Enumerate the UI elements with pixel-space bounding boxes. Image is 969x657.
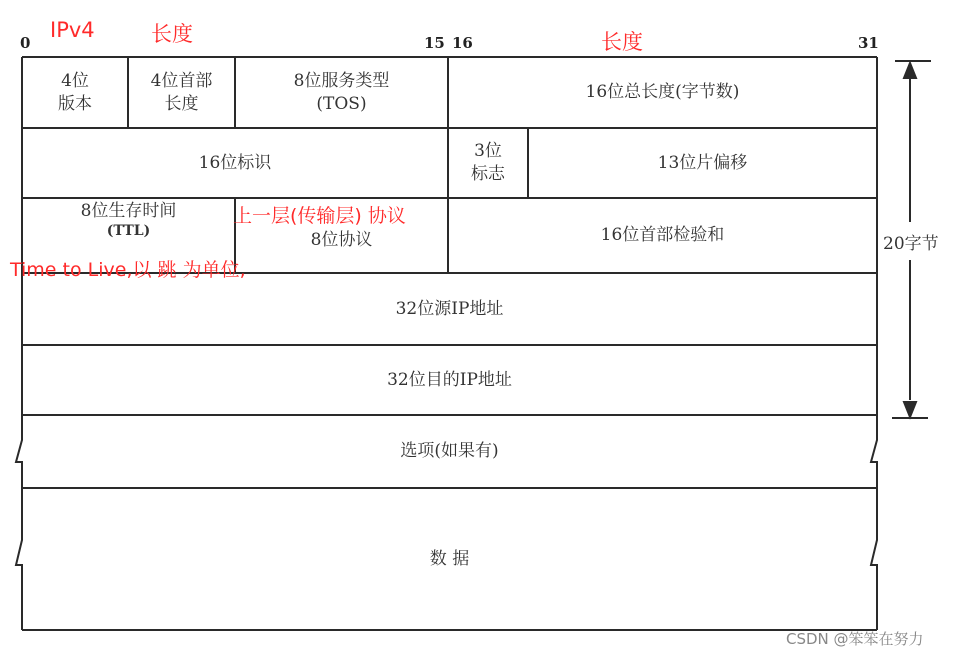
field-total-length: 16位总长度(字节数) — [448, 57, 877, 128]
field-version: 4位 版本 — [22, 57, 128, 128]
bit-label-31: 31 — [858, 34, 879, 52]
header-size-label: 20字节 — [883, 229, 939, 254]
field-checksum: 16位首部检验和 — [448, 198, 877, 273]
field-tos: 8位服务类型 (TOS) — [235, 57, 448, 128]
annotation-protocol-note: 上一层(传输层) 协议 — [233, 201, 406, 228]
field-identification: 16位标识 — [22, 128, 448, 198]
annotation-ipv4: IPv4 — [50, 18, 95, 42]
field-ihl: 4位首部 长度 — [128, 57, 235, 128]
annotation-header-length: 长度 — [151, 18, 193, 48]
annotation-total-length: 长度 — [601, 26, 643, 56]
field-flags: 3位 标志 — [448, 128, 528, 198]
field-options: 选项(如果有) — [22, 415, 877, 488]
field-ttl-abbr: (TTL) — [22, 222, 235, 240]
field-ttl-label: 8位生存时间 — [22, 200, 235, 222]
field-data: 数 据 — [22, 488, 877, 630]
bit-label-0: 0 — [20, 34, 30, 52]
field-source-ip: 32位源IP地址 — [22, 273, 877, 345]
bit-label-16: 16 — [452, 34, 473, 52]
field-ttl: 8位生存时间 (TTL) — [22, 200, 235, 240]
bit-label-15: 15 — [424, 34, 445, 52]
field-destination-ip: 32位目的IP地址 — [22, 345, 877, 415]
watermark: CSDN @笨笨在努力 — [786, 628, 924, 649]
field-fragment-offset: 13位片偏移 — [528, 128, 877, 198]
